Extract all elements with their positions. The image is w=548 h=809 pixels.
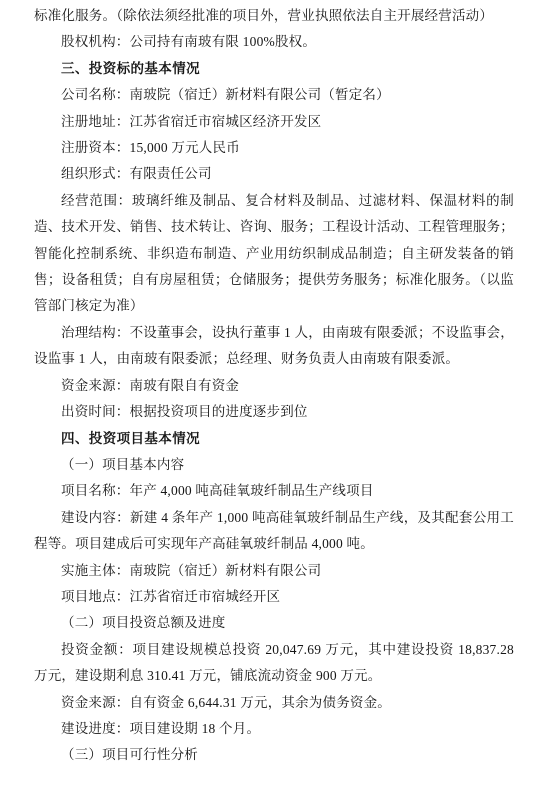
subheading-project-basic-content: （一）项目基本内容: [34, 452, 514, 478]
para-construction-content: 建设内容：新建 4 条年产 1,000 吨高硅氧玻纤制品生产线，及其配套公用工程…: [34, 505, 514, 558]
heading-section-three-investment-target: 三、投资标的基本情况: [34, 56, 514, 82]
para-contribution-time: 出资时间：根据投资项目的进度逐步到位: [34, 399, 514, 425]
para-organization-form: 组织形式：有限责任公司: [34, 161, 514, 187]
subheading-investment-total-progress: （二）项目投资总额及进度: [34, 610, 514, 636]
para-investment-amount: 投资金额：项目建设规模总投资 20,047.69 万元，其中建设投资 18,83…: [34, 637, 514, 690]
heading-section-four-investment-project: 四、投资项目基本情况: [34, 426, 514, 452]
para-construction-schedule: 建设进度：项目建设期 18 个月。: [34, 716, 514, 742]
para-project-location: 项目地点：江苏省宿迁市宿城经开区: [34, 584, 514, 610]
para-project-name: 项目名称：年产 4,000 吨高硅氧玻纤制品生产线项目: [34, 478, 514, 504]
para-registered-address: 注册地址：江苏省宿迁市宿城区经济开发区: [34, 109, 514, 135]
para-implementation-entity: 实施主体：南玻院（宿迁）新材料有限公司: [34, 558, 514, 584]
para-equity-structure: 股权机构：公司持有南玻有限 100%股权。: [34, 29, 514, 55]
document-page: 标准化服务。（除依法须经批准的项目外，营业执照依法自主开展经营活动） 股权机构：…: [0, 0, 548, 809]
para-governance-structure: 治理结构：不设董事会，设执行董事 1 人，由南玻有限委派；不设监事会，设监事 1…: [34, 320, 514, 373]
para-continuation-standardized-services: 标准化服务。（除依法须经批准的项目外，营业执照依法自主开展经营活动）: [34, 3, 514, 29]
subheading-feasibility-analysis: （三）项目可行性分析: [34, 742, 514, 768]
para-company-name: 公司名称：南玻院（宿迁）新材料有限公司（暂定名）: [34, 82, 514, 108]
para-registered-capital: 注册资本：15,000 万元人民币: [34, 135, 514, 161]
para-capital-source-project: 资金来源：自有资金 6,644.31 万元，其余为债务资金。: [34, 690, 514, 716]
para-business-scope: 经营范围：玻璃纤维及制品、复合材料及制品、过滤材料、保温材料的制造、技术开发、销…: [34, 188, 514, 320]
para-funding-source-company: 资金来源：南玻有限自有资金: [34, 373, 514, 399]
